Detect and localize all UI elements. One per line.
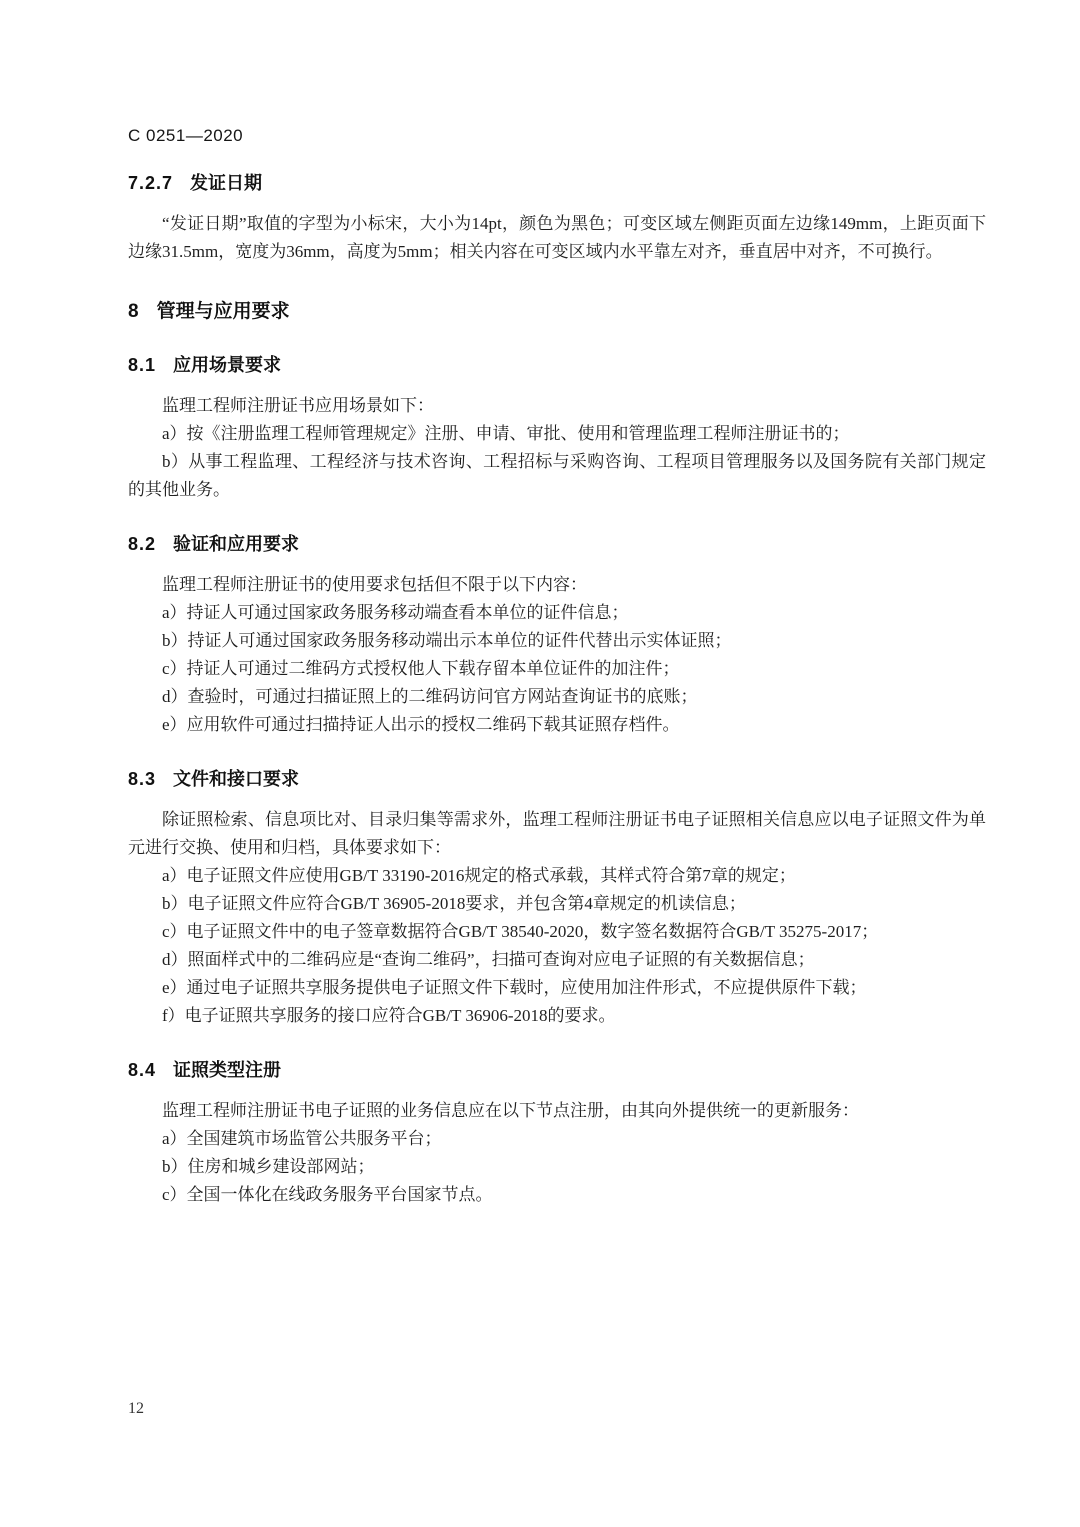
section-heading: 8.1应用场景要求 (128, 352, 986, 378)
section-body: 监理工程师注册证书的使用要求包括但不限于以下内容： a）持证人可通过国家政务服务… (128, 571, 986, 739)
section-8-1: 8.1应用场景要求 监理工程师注册证书应用场景如下： a）按《注册监理工程师管理… (128, 352, 986, 504)
list-item: b）住房和城乡建设部网站； (128, 1153, 986, 1181)
page-content: C 0251—2020 7.2.7发证日期 “发证日期”取值的字型为小标宋，大小… (128, 0, 986, 1209)
document-page: C 0251—2020 7.2.7发证日期 “发证日期”取值的字型为小标宋，大小… (0, 0, 1080, 1527)
intro-paragraph: 监理工程师注册证书的使用要求包括但不限于以下内容： (128, 571, 986, 599)
section-title: 验证和应用要求 (173, 534, 299, 554)
section-body: “发证日期”取值的字型为小标宋，大小为14pt，颜色为黑色；可变区域左侧距页面左… (128, 210, 986, 266)
section-title: 文件和接口要求 (173, 769, 299, 789)
section-body: 除证照检索、信息项比对、目录归集等需求外，监理工程师注册证书电子证照相关信息应以… (128, 806, 986, 1030)
list-item: a）持证人可通过国家政务服务移动端查看本单位的证件信息； (128, 599, 986, 627)
section-8: 8管理与应用要求 (128, 299, 986, 325)
list-item: b）从事工程监理、工程经济与技术咨询、工程招标与采购咨询、工程项目管理服务以及国… (128, 448, 986, 504)
section-heading: 8.2验证和应用要求 (128, 531, 986, 557)
section-number: 8.4 (128, 1057, 156, 1083)
list-item: e）应用软件可通过扫描持证人出示的授权二维码下载其证照存档件。 (128, 711, 986, 739)
section-number: 8.1 (128, 352, 156, 378)
list-item: c）持证人可通过二维码方式授权他人下载存留本单位证件的加注件； (128, 655, 986, 683)
section-title: 证照类型注册 (173, 1060, 281, 1080)
section-body: 监理工程师注册证书电子证照的业务信息应在以下节点注册，由其向外提供统一的更新服务… (128, 1097, 986, 1209)
list-item: c）全国一体化在线政务服务平台国家节点。 (128, 1181, 986, 1209)
intro-paragraph: 除证照检索、信息项比对、目录归集等需求外，监理工程师注册证书电子证照相关信息应以… (128, 806, 986, 862)
section-number: 7.2.7 (128, 170, 173, 196)
list-item: a）按《注册监理工程师管理规定》注册、申请、审批、使用和管理监理工程师注册证书的… (128, 420, 986, 448)
intro-paragraph: 监理工程师注册证书电子证照的业务信息应在以下节点注册，由其向外提供统一的更新服务… (128, 1097, 986, 1125)
list-item: a）全国建筑市场监管公共服务平台； (128, 1125, 986, 1153)
section-heading: 8管理与应用要求 (128, 299, 986, 325)
list-item: e）通过电子证照共享服务提供电子证照文件下载时，应使用加注件形式，不应提供原件下… (128, 974, 986, 1002)
list-item: b）电子证照文件应符合GB/T 36905-2018要求，并包含第4章规定的机读… (128, 890, 986, 918)
list-item: f）电子证照共享服务的接口应符合GB/T 36906-2018的要求。 (128, 1002, 986, 1030)
intro-paragraph: 监理工程师注册证书应用场景如下： (128, 392, 986, 420)
section-8-3: 8.3文件和接口要求 除证照检索、信息项比对、目录归集等需求外，监理工程师注册证… (128, 766, 986, 1030)
section-number: 8 (128, 299, 140, 325)
section-title: 发证日期 (190, 173, 262, 193)
list-item: b）持证人可通过国家政务服务移动端出示本单位的证件代替出示实体证照； (128, 627, 986, 655)
section-number: 8.2 (128, 531, 156, 557)
document-number-header: C 0251—2020 (128, 0, 986, 148)
list-item: d）查验时，可通过扫描证照上的二维码访问官方网站查询证书的底账； (128, 683, 986, 711)
page-number: 12 (128, 1398, 144, 1420)
list-item: a）电子证照文件应使用GB/T 33190-2016规定的格式承载，其样式符合第… (128, 862, 986, 890)
paragraph: “发证日期”取值的字型为小标宋，大小为14pt，颜色为黑色；可变区域左侧距页面左… (128, 210, 986, 266)
section-heading: 7.2.7发证日期 (128, 170, 986, 196)
section-heading: 8.4证照类型注册 (128, 1057, 986, 1083)
list-item: c）电子证照文件中的电子签章数据符合GB/T 38540-2020，数字签名数据… (128, 918, 986, 946)
section-8-4: 8.4证照类型注册 监理工程师注册证书电子证照的业务信息应在以下节点注册，由其向… (128, 1057, 986, 1209)
section-number: 8.3 (128, 766, 156, 792)
section-8-2: 8.2验证和应用要求 监理工程师注册证书的使用要求包括但不限于以下内容： a）持… (128, 531, 986, 739)
section-body: 监理工程师注册证书应用场景如下： a）按《注册监理工程师管理规定》注册、申请、审… (128, 392, 986, 504)
section-title: 管理与应用要求 (157, 301, 290, 322)
section-heading: 8.3文件和接口要求 (128, 766, 986, 792)
section-title: 应用场景要求 (173, 355, 281, 375)
list-item: d）照面样式中的二维码应是“查询二维码”，扫描可查询对应电子证照的有关数据信息； (128, 946, 986, 974)
section-7-2-7: 7.2.7发证日期 “发证日期”取值的字型为小标宋，大小为14pt，颜色为黑色；… (128, 170, 986, 266)
